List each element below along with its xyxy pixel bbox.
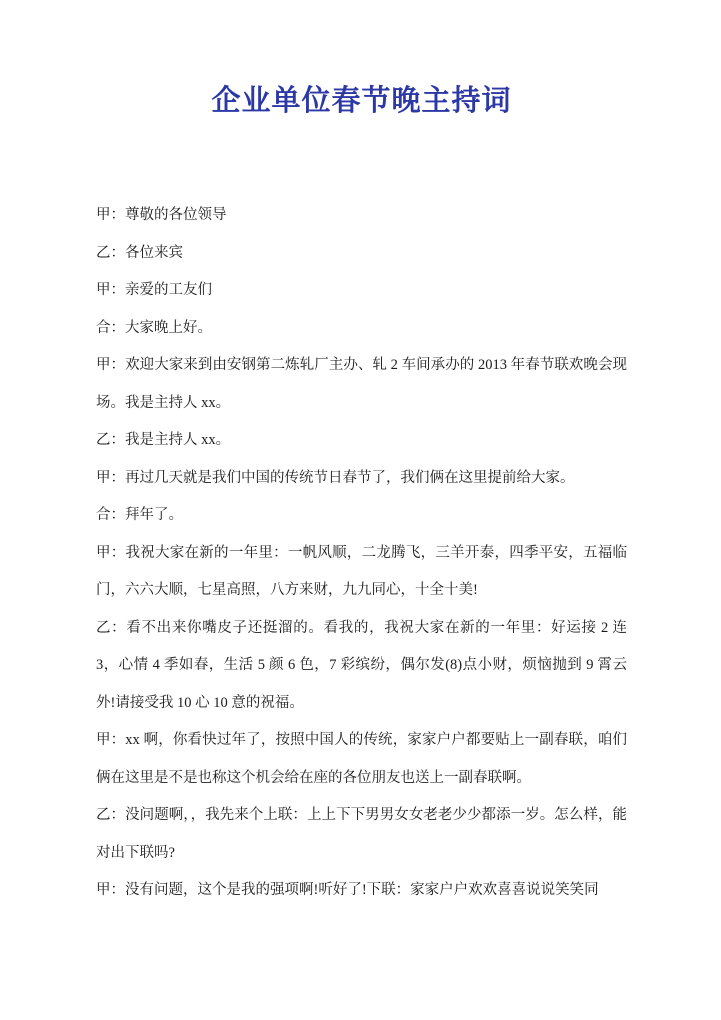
- paragraph: 合：大家晚上好。: [96, 310, 627, 348]
- paragraph: 甲：再过几天就是我们中国的传统节日春节了，我们俩在这里提前给大家。: [96, 460, 627, 498]
- paragraph: 甲：xx 啊，你看快过年了，按照中国人的传统，家家户户都要贴上一副春联，咱们俩在…: [96, 722, 627, 797]
- paragraph: 乙：各位来宾: [96, 235, 627, 273]
- document-title: 企业单位春节晚主持词: [96, 82, 627, 120]
- paragraph: 甲：没有问题，这个是我的强项啊!听好了!下联：家家户户欢欢喜喜说说笑笑同: [96, 872, 627, 910]
- paragraph: 甲：欢迎大家来到由安钢第二炼轧厂主办、轧 2 车间承办的 2013 年春节联欢晚…: [96, 347, 627, 422]
- paragraph: 乙：我是主持人 xx。: [96, 422, 627, 460]
- paragraph: 甲：我祝大家在新的一年里：一帆风顺，二龙腾飞，三羊开泰，四季平安，五福临门，六六…: [96, 535, 627, 610]
- paragraph: 甲：亲爱的工友们: [96, 272, 627, 310]
- document-page: 企业单位春节晚主持词 甲：尊敬的各位领导乙：各位来宾甲：亲爱的工友们合：大家晚上…: [0, 0, 721, 1020]
- paragraph: 乙：没问题啊，，我先来个上联：上上下下男男女女老老少少都添一岁。怎么样，能对出下…: [96, 797, 627, 872]
- document-body: 甲：尊敬的各位领导乙：各位来宾甲：亲爱的工友们合：大家晚上好。甲：欢迎大家来到由…: [96, 197, 627, 910]
- paragraph: 甲：尊敬的各位领导: [96, 197, 627, 235]
- paragraph: 合：拜年了。: [96, 497, 627, 535]
- paragraph: 乙：看不出来你嘴皮子还挺溜的。看我的，我祝大家在新的一年里：好运接 2 连 3，…: [96, 610, 627, 723]
